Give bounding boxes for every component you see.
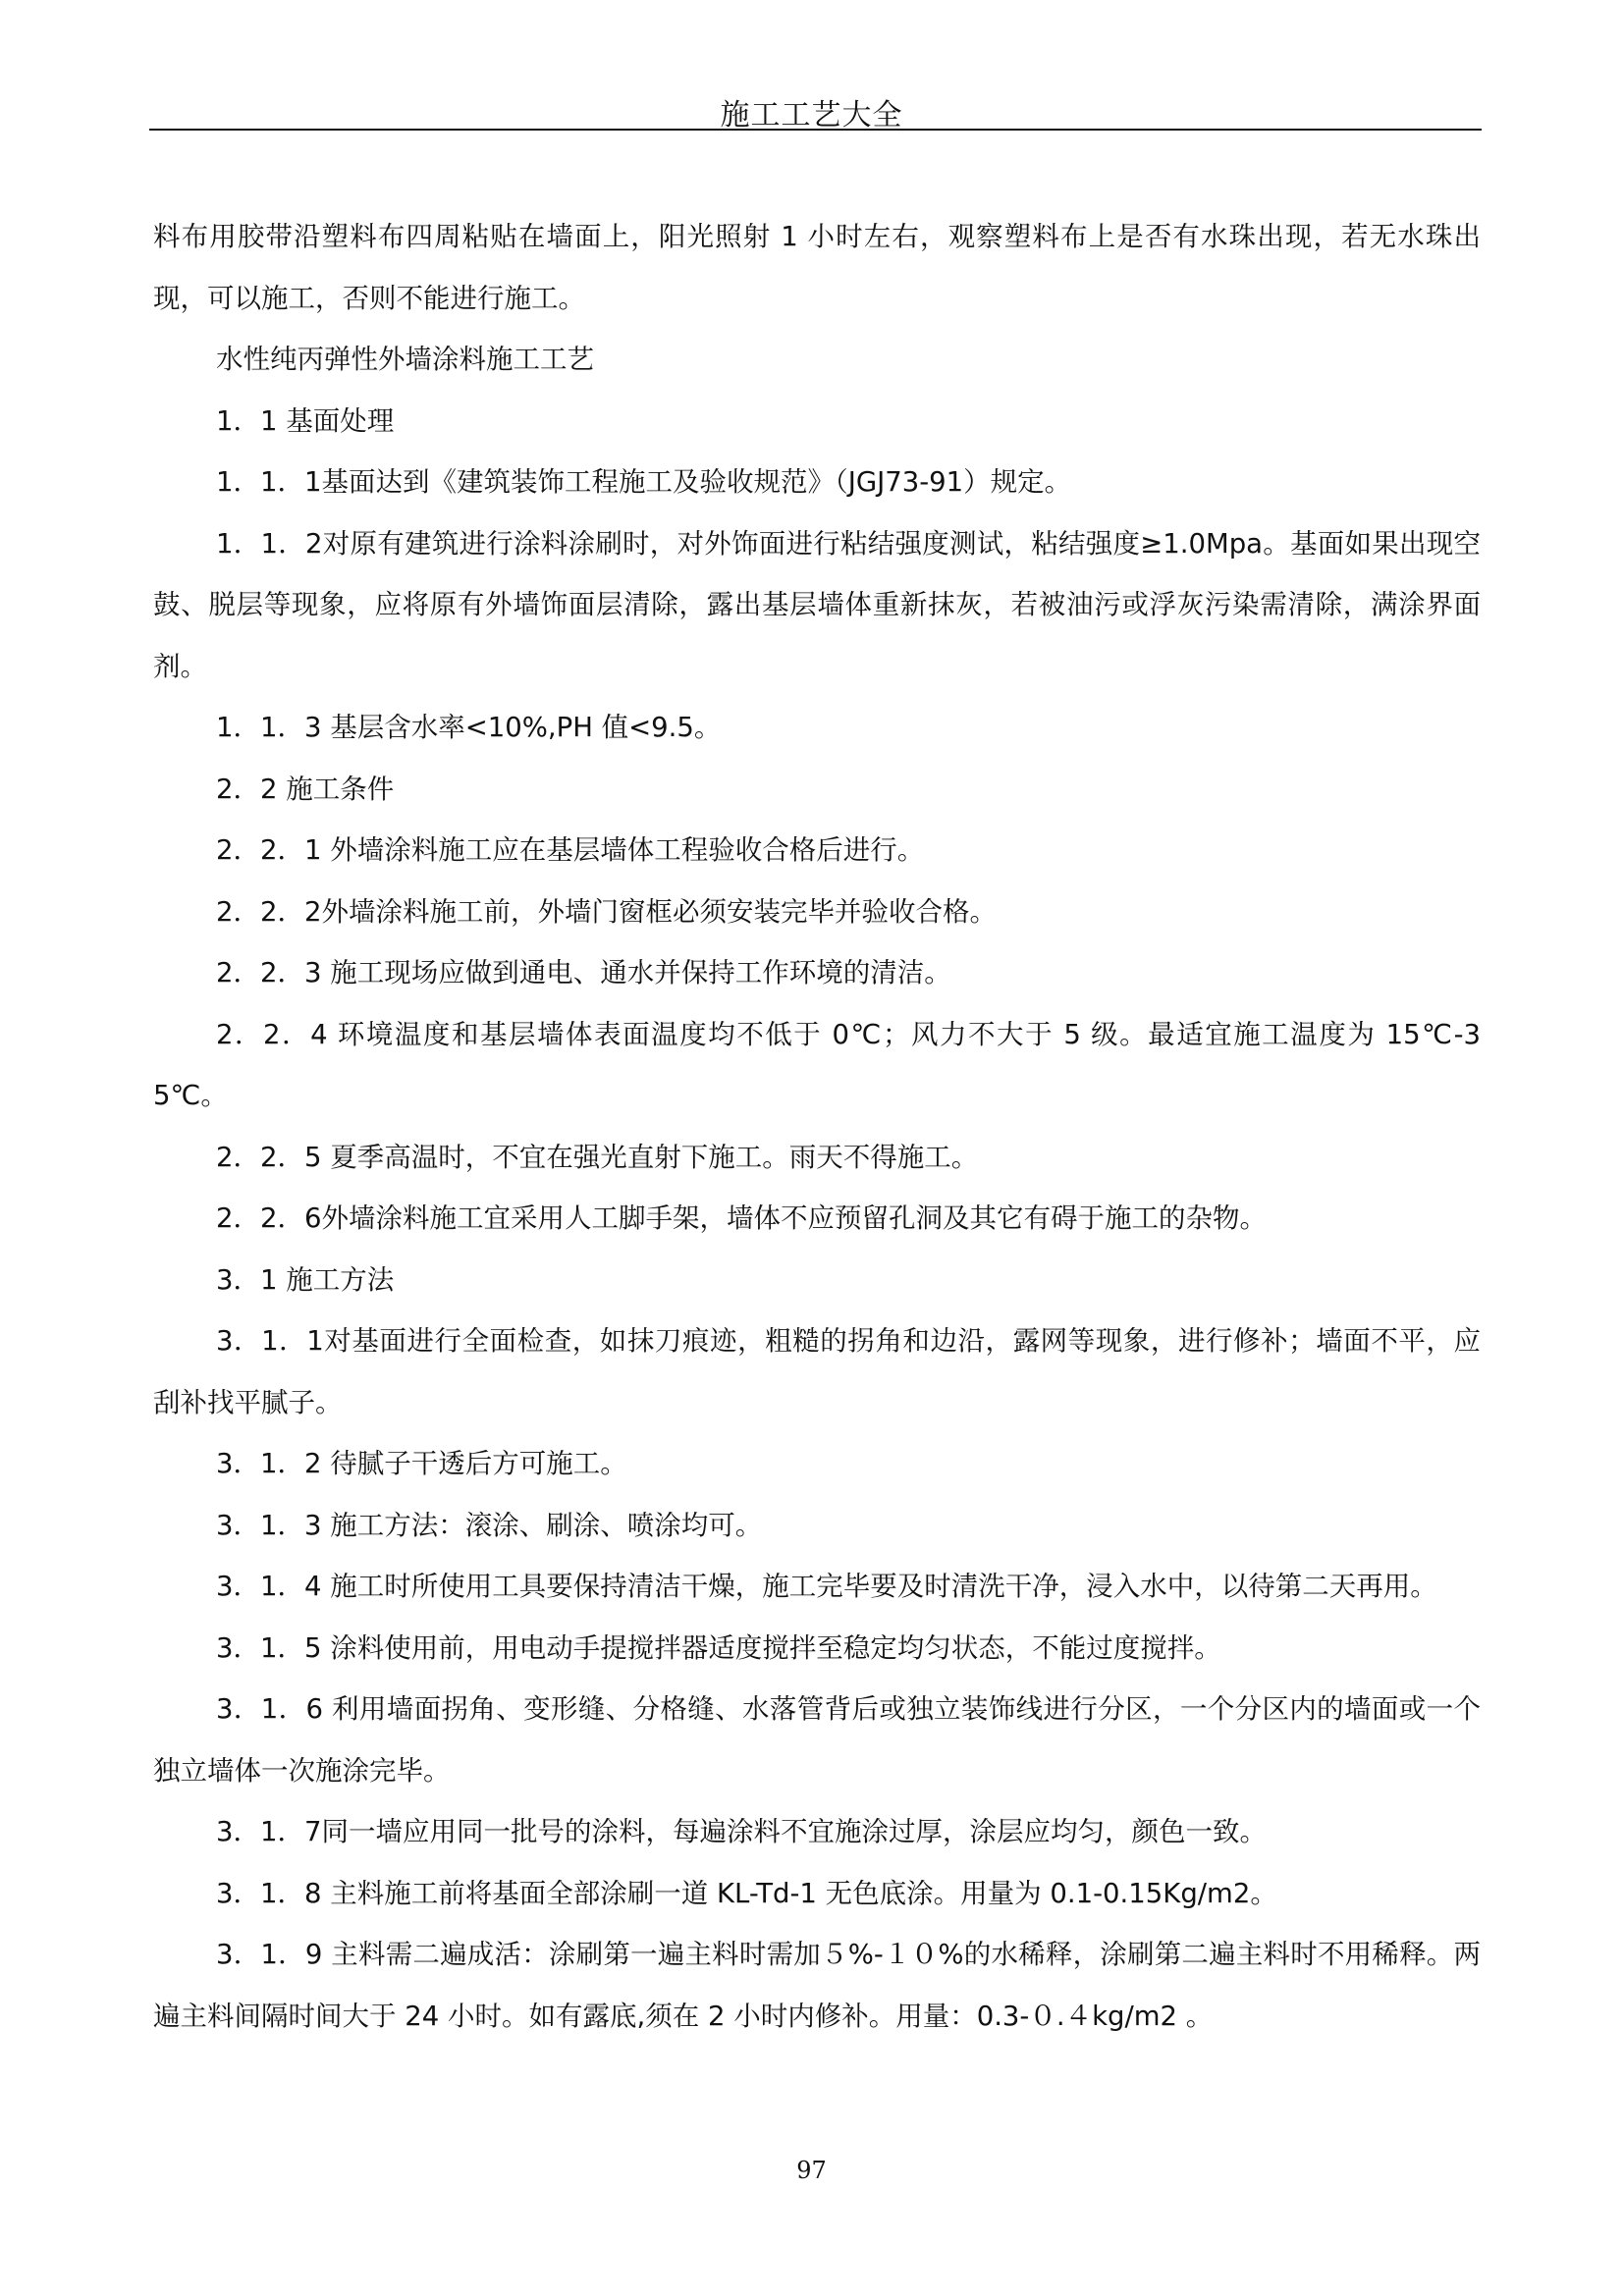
paragraph: 3．1．3 施工方法：滚涂、刷涂、喷涂均可。 (153, 1495, 1481, 1557)
paragraph: 1．1．2对原有建筑进行涂料涂刷时，对外饰面进行粘结强度测试，粘结强度≥1.0M… (153, 513, 1481, 698)
section-heading: 3．1 施工方法 (153, 1250, 1481, 1311)
paragraph: 3．1．7同一墙应用同一批号的涂料，每遍涂料不宜施涂过厚，涂层应均匀，颜色一致。 (153, 1801, 1481, 1863)
paragraph: 3．1．6 利用墙面拐角、变形缝、分格缝、水落管背后或独立装饰线进行分区，一个分… (153, 1679, 1481, 1801)
paragraph: 2．2．6外墙涂料施工宜采用人工脚手架，墙体不应预留孔洞及其它有碍于施工的杂物。 (153, 1188, 1481, 1250)
header-divider (149, 129, 1482, 131)
section-heading: 2．2 施工条件 (153, 759, 1481, 821)
paragraph: 3．1．9 主料需二遍成活：涂刷第一遍主料时需加５%-１０%的水稀释，涂刷第二遍… (153, 1924, 1481, 2047)
paragraph: 3．1．8 主料施工前将基面全部涂刷一道 KL-Td-1 无色底涂。用量为 0.… (153, 1863, 1481, 1925)
paragraph: 2．2．3 施工现场应做到通电、通水并保持工作环境的清洁。 (153, 942, 1481, 1004)
paragraph: 2．2．1 外墙涂料施工应在基层墙体工程验收合格后进行。 (153, 820, 1481, 881)
document-body: 料布用胶带沿塑料布四周粘贴在墙面上，阳光照射 1 小时左右，观察塑料布上是否有水… (153, 206, 1481, 2047)
paragraph: 2．2．2外墙涂料施工前，外墙门窗框必须安装完毕并验收合格。 (153, 881, 1481, 943)
paragraph: 1．1．3 基层含水率<10%,PH 值<9.5。 (153, 697, 1481, 759)
running-header-title: 施工工艺大全 (0, 90, 1623, 133)
paragraph: 料布用胶带沿塑料布四周粘贴在墙面上，阳光照射 1 小时左右，观察塑料布上是否有水… (153, 206, 1481, 329)
paragraph: 3．1．2 待腻子干透后方可施工。 (153, 1433, 1481, 1495)
paragraph: 1．1．1基面达到《建筑装饰工程施工及验收规范》（JGJ73-91）规定。 (153, 452, 1481, 513)
page-number: 97 (0, 2157, 1623, 2184)
paragraph: 3．1．4 施工时所使用工具要保持清洁干燥，施工完毕要及时清洗干净，浸入水中，以… (153, 1556, 1481, 1618)
section-title: 水性纯丙弹性外墙涂料施工工艺 (153, 329, 1481, 391)
paragraph: 2．2．4 环境温度和基层墙体表面温度均不低于 0℃；风力不大于 5 级。最适宜… (153, 1004, 1481, 1127)
paragraph: 3．1．5 涂料使用前，用电动手提搅拌器适度搅拌至稳定均匀状态，不能过度搅拌。 (153, 1618, 1481, 1680)
section-heading: 1．1 基面处理 (153, 391, 1481, 453)
paragraph: 3．1．1对基面进行全面检查，如抹刀痕迹，粗糙的拐角和边沿，露网等现象，进行修补… (153, 1310, 1481, 1433)
paragraph: 2．2．5 夏季高温时，不宜在强光直射下施工。雨天不得施工。 (153, 1127, 1481, 1189)
